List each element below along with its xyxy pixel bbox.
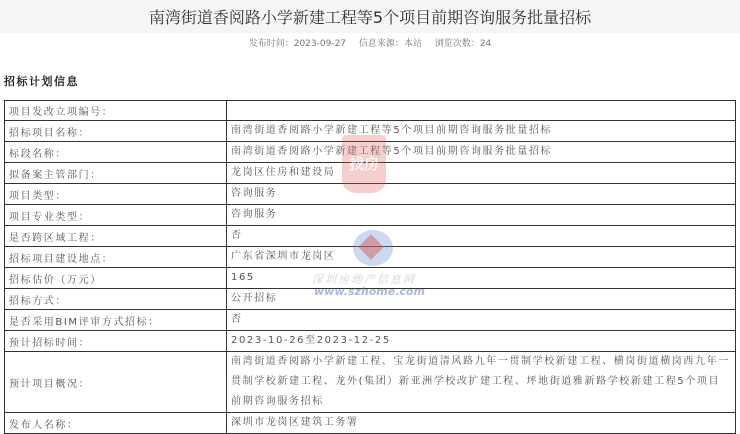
row-label: 项目类型： — [5, 184, 227, 205]
table-row: 招标方式： 公开招标 — [5, 289, 736, 310]
row-label: 是否采用BIM评审方式招标： — [5, 310, 227, 331]
row-label: 招标项目名称： — [5, 121, 227, 142]
row-label: 发布人名称： — [5, 413, 227, 427]
table-row: 招标项目建设地点： 广东省深圳市龙岗区 — [5, 247, 736, 268]
row-label: 是否跨区域工程： — [5, 226, 227, 247]
table-row: 预计招标时间： 2023-10-26至2023-12-25 — [5, 331, 736, 352]
row-value: 咨询服务 — [227, 184, 736, 205]
table-row: 是否跨区域工程： 否 — [5, 226, 736, 247]
row-value: 165 — [227, 268, 736, 289]
row-label: 项目专业类型： — [5, 205, 227, 226]
row-value: 咨询服务 — [227, 205, 736, 226]
row-value — [227, 101, 736, 121]
table-row: 拟备案主管部门： 龙岗区住房和建设局 — [5, 163, 736, 184]
table-row: 标段名称： 南湾街道香阅路小学新建工程等5个项目前期咨询服务批量招标 — [5, 142, 736, 163]
row-value: 否 — [227, 226, 736, 247]
table-row: 发布人名称： 深圳市龙岗区建筑工务署 — [5, 413, 736, 427]
row-label: 标段名称： — [5, 142, 227, 163]
row-label: 预计招标时间： — [5, 331, 227, 352]
table-row: 预计项目概况： 南湾街道香阅路小学新建工程、宝龙街道清风路九年一贯制学校新建工程… — [5, 352, 736, 413]
row-value: 深圳市龙岗区建筑工务署 — [227, 413, 736, 427]
table-row: 项目发改立项编号： — [5, 101, 736, 121]
row-value: 否 — [227, 310, 736, 331]
row-label: 预计项目概况： — [5, 352, 227, 413]
row-label: 招标方式： — [5, 289, 227, 310]
view-count: 浏览次数：24 — [435, 39, 491, 49]
row-value: 公开招标 — [227, 289, 736, 310]
row-value: 南湾街道香阅路小学新建工程等5个项目前期咨询服务批量招标 — [227, 121, 736, 142]
tender-plan-table: 项目发改立项编号： 招标项目名称： 南湾街道香阅路小学新建工程等5个项目前期咨询… — [4, 100, 736, 426]
row-value: 南湾街道香阅路小学新建工程、宝龙街道清风路九年一贯制学校新建工程、横岗街道横岗西… — [227, 352, 736, 413]
info-source: 信息来源：本站 — [359, 39, 422, 49]
row-label: 拟备案主管部门： — [5, 163, 227, 184]
row-label: 招标项目建设地点： — [5, 247, 227, 268]
row-label: 项目发改立项编号： — [5, 101, 227, 121]
row-value: 龙岗区住房和建设局 — [227, 163, 736, 184]
row-label: 招标估价（万元） — [5, 268, 227, 289]
row-value: 南湾街道香阅路小学新建工程等5个项目前期咨询服务批量招标 — [227, 142, 736, 163]
table-row: 项目专业类型： 咨询服务 — [5, 205, 736, 226]
table-row: 项目类型： 咨询服务 — [5, 184, 736, 205]
title-bar: 南湾街道香阅路小学新建工程等5个项目前期咨询服务批量招标 — [0, 0, 740, 33]
publish-time: 发布时间：2023-09-27 — [249, 39, 346, 49]
table-row: 是否采用BIM评审方式招标： 否 — [5, 310, 736, 331]
table-row: 招标估价（万元） 165 — [5, 268, 736, 289]
row-value: 2023-10-26至2023-12-25 — [227, 331, 736, 352]
page-title: 南湾街道香阅路小学新建工程等5个项目前期咨询服务批量招标 — [149, 5, 591, 28]
section-title: 招标计划信息 — [4, 73, 79, 89]
row-value: 广东省深圳市龙岗区 — [227, 247, 736, 268]
article-meta: 发布时间：2023-09-27 信息来源：本站 浏览次数：24 — [0, 36, 740, 50]
table-row: 招标项目名称： 南湾街道香阅路小学新建工程等5个项目前期咨询服务批量招标 — [5, 121, 736, 142]
